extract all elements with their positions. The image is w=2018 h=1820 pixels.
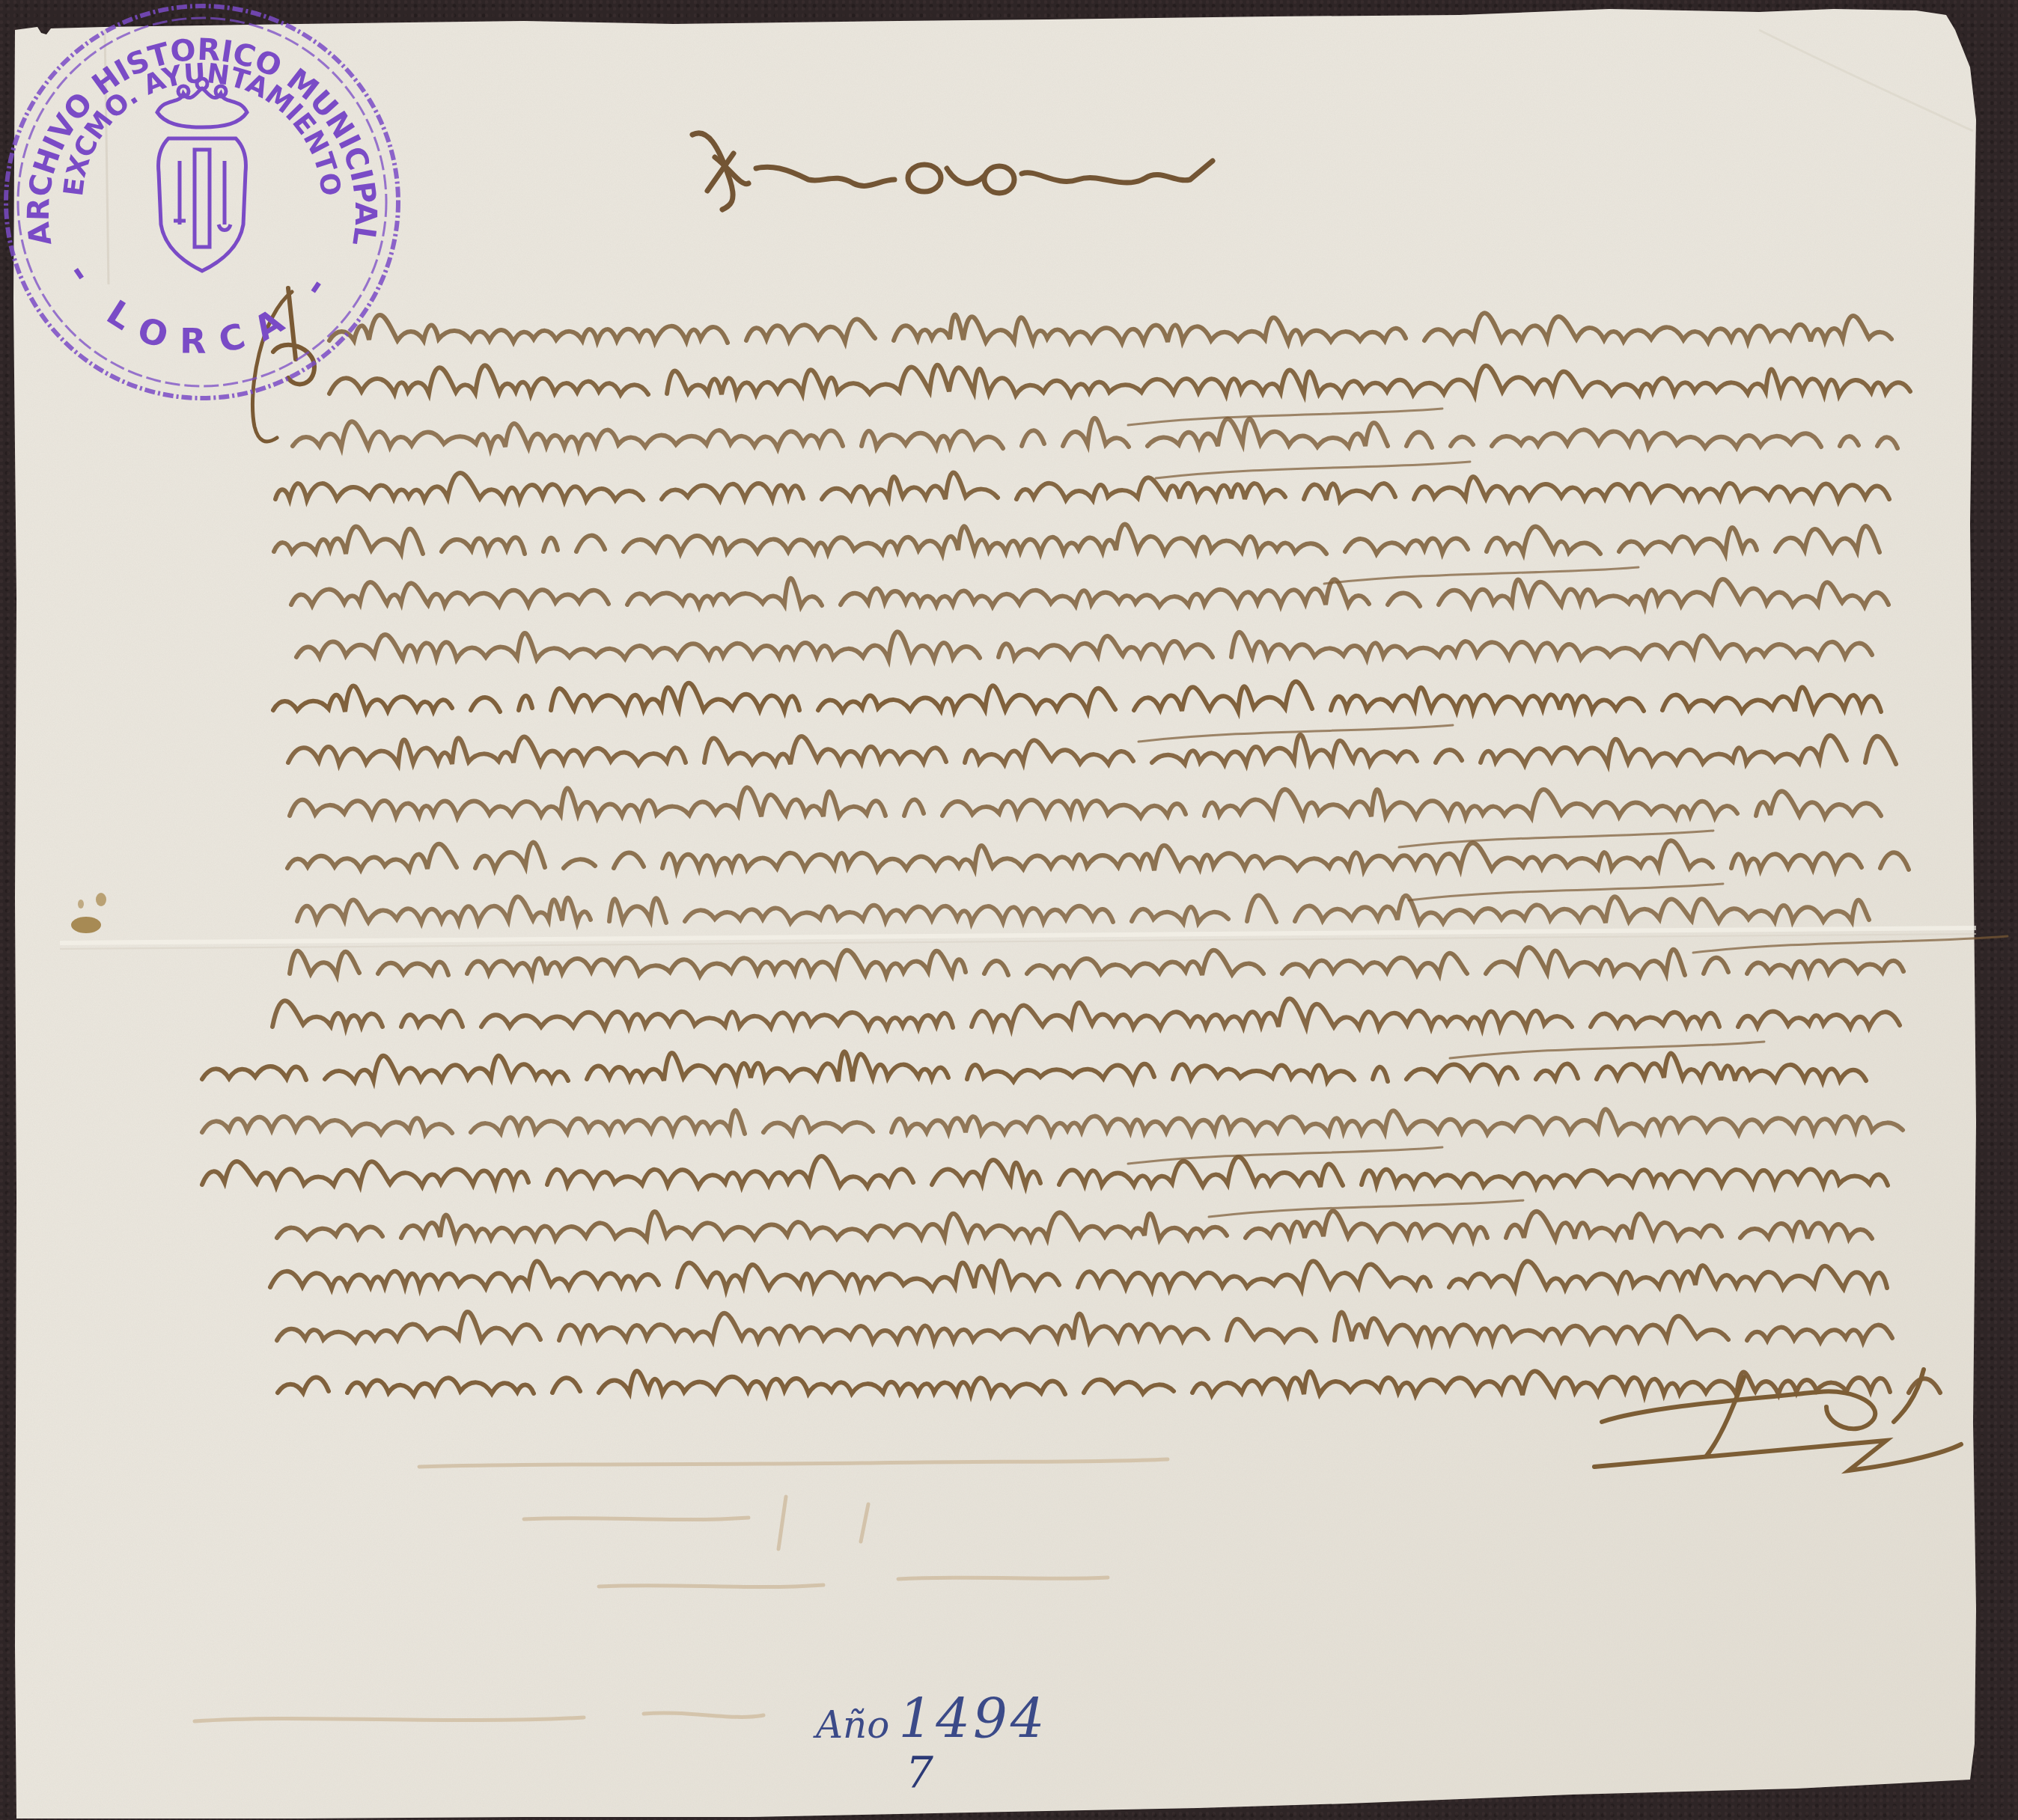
folio-number: 7 <box>906 1747 933 1798</box>
ink-stain <box>71 917 101 933</box>
archive-stamp: ARCHIVO HISTORICO MUNICIPAL EXCMO. AYUNT… <box>0 0 404 404</box>
year-value: 1494 <box>898 1688 1047 1750</box>
coat-of-arms-icon <box>157 79 247 271</box>
archival-date-annotation: Año1494 <box>816 1688 1048 1750</box>
year-label: Año <box>816 1703 889 1747</box>
manuscript-page: ARCHIVO HISTORICO MUNICIPAL EXCMO. AYUNT… <box>0 0 2018 1820</box>
